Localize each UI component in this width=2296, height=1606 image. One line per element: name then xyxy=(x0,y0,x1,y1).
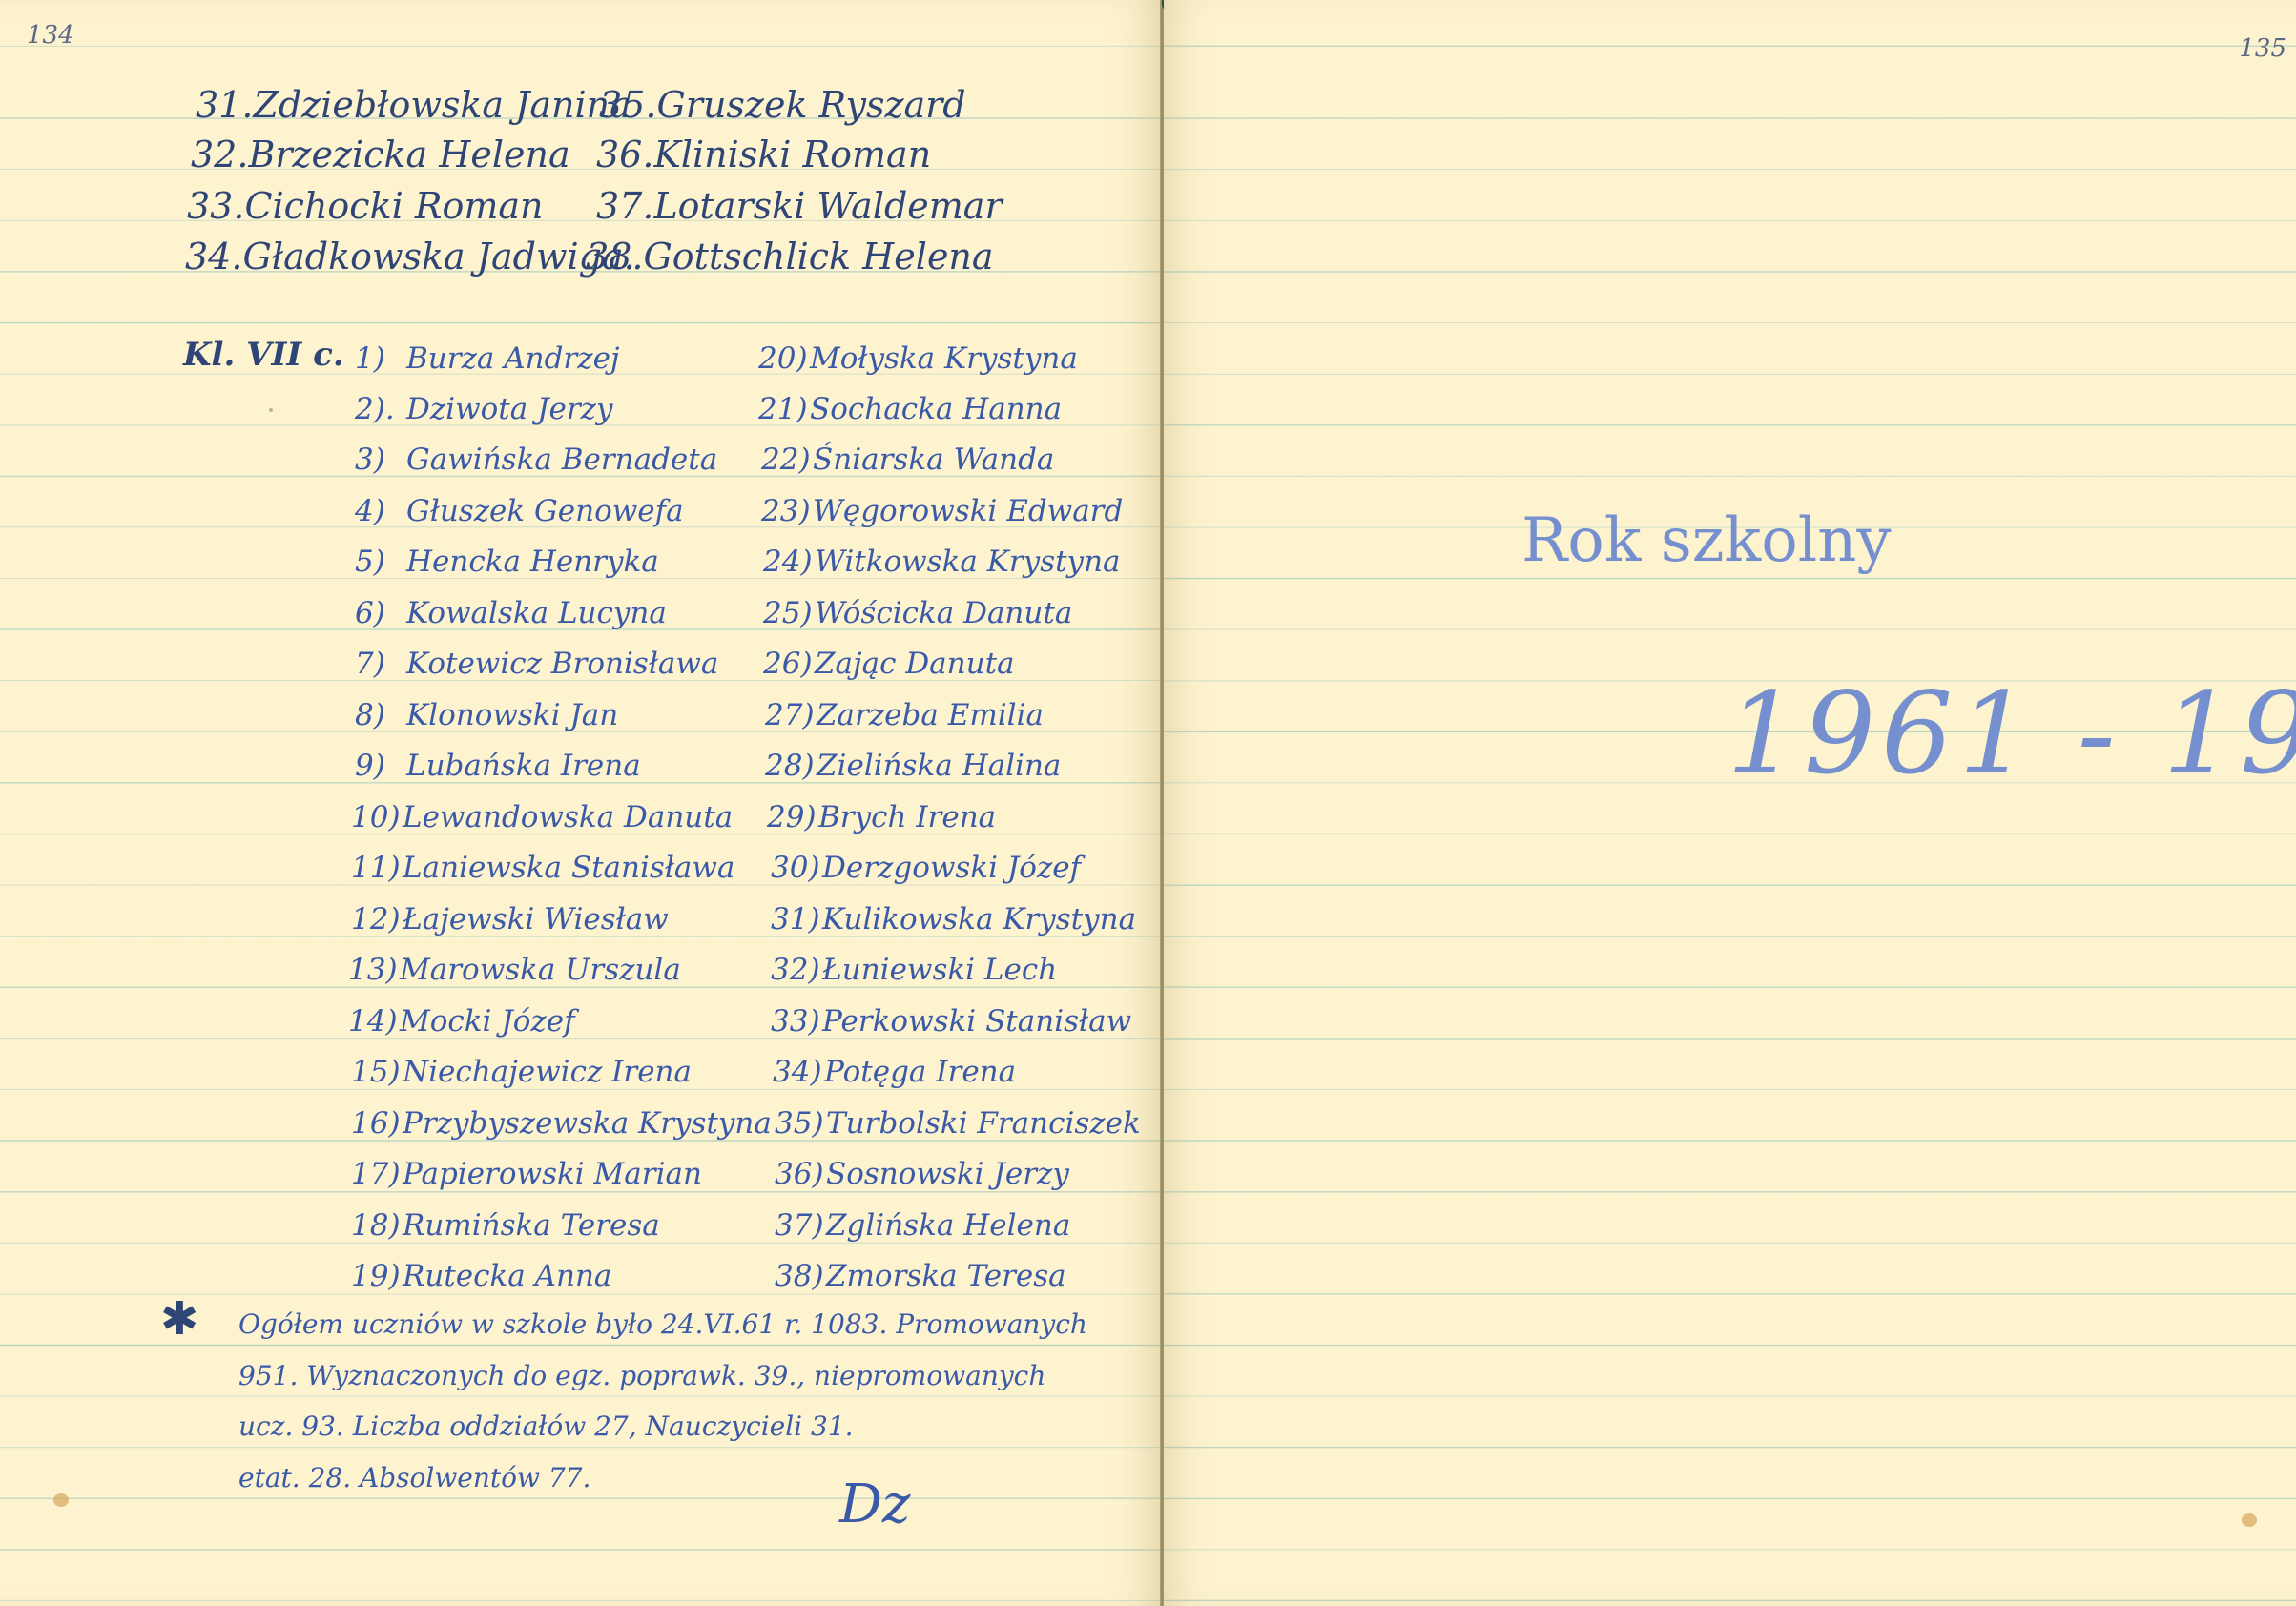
list-item: 15)Niechajewicz Irena xyxy=(351,1055,692,1089)
notebook-spread: 134 31.Zdziebłowska Janina 32.Brzezicka … xyxy=(0,0,2296,1606)
list-item: 10)Lewandowska Danuta xyxy=(351,800,733,834)
list-item: 8)Klonowski Jan xyxy=(355,698,618,732)
list-item: 18)Rumińska Teresa xyxy=(351,1208,660,1243)
list-item: 2).Dziwota Jerzy xyxy=(355,392,613,426)
school-year-heading: Rok szkolny xyxy=(1521,505,1892,576)
asterisk-icon: ✱ xyxy=(160,1292,198,1346)
list-item: 19)Rutecka Anna xyxy=(351,1259,611,1293)
list-item: 37.Lotarski Waldemar xyxy=(596,185,1003,227)
list-item: 16)Przybyszewska Krystyna xyxy=(351,1106,772,1141)
list-item: 32)Łuniewski Lech xyxy=(771,953,1057,987)
list-item: 3)Gawińska Bernadeta xyxy=(355,443,717,477)
list-item: 32.Brzezicka Helena xyxy=(191,134,570,175)
list-item: 14)Mocki Józef xyxy=(348,1004,575,1039)
list-item: 33)Perkowski Stanisław xyxy=(771,1004,1131,1039)
footnote-line: ucz. 93. Liczba oddziałów 27, Nauczyciel… xyxy=(238,1401,1164,1452)
page-number-left: 134 xyxy=(27,21,74,50)
list-item: 11)Laniewska Stanisława xyxy=(351,851,734,885)
footnote-summary: Ogółem uczniów w szkole było 24.VI.61 r.… xyxy=(238,1299,1164,1503)
list-item: 38)Zmorska Teresa xyxy=(775,1259,1066,1293)
list-item: 5)Hencka Henryka xyxy=(355,545,659,579)
footnote-line: 951. Wyznaczonych do egz. poprawk. 39., … xyxy=(238,1350,1164,1402)
list-item: 12)Łajewski Wiesław xyxy=(351,902,669,937)
page-number-right: 135 xyxy=(2239,34,2286,63)
footnote-line: etat. 28. Absolwentów 77. xyxy=(238,1452,1164,1504)
list-item: 30)Derzgowski Józef xyxy=(771,851,1081,885)
list-item: 9)Lubańska Irena xyxy=(355,749,641,783)
list-item: 26)Zając Danuta xyxy=(763,647,1015,681)
list-item: 28)Zielińska Halina xyxy=(765,749,1061,783)
list-item: 7)Kotewicz Bronisława xyxy=(355,647,718,681)
list-item: 1)Burza Andrzej xyxy=(355,341,620,376)
list-item: 34.Gładkowska Jadwiga. xyxy=(185,236,635,278)
list-item: 22)Śniarska Wanda xyxy=(761,443,1054,477)
ink-stain xyxy=(2242,1513,2257,1527)
list-item: 17)Papierowski Marian xyxy=(351,1157,702,1191)
list-item: 33.Cichocki Roman xyxy=(187,185,544,227)
list-item: 6)Kowalska Lucyna xyxy=(355,596,667,630)
signature: Dz xyxy=(839,1473,910,1535)
list-item: 37)Zglińska Helena xyxy=(775,1208,1070,1243)
school-year-range: 1961 - 1962 xyxy=(1727,668,2296,799)
list-item: 20)Mołyska Krystyna xyxy=(758,341,1078,376)
class-label: Kl. VII c. xyxy=(183,336,344,374)
ink-stain xyxy=(53,1493,69,1507)
footnote-line: Ogółem uczniów w szkole było 24.VI.61 r.… xyxy=(238,1299,1164,1350)
list-item: 34)Potęga Irena xyxy=(773,1055,1016,1089)
list-item: 31.Zdziebłowska Janina xyxy=(196,84,631,126)
list-item: 36)Sosnowski Jerzy xyxy=(775,1157,1069,1191)
list-item: 38.Gottschlick Helena xyxy=(586,236,994,278)
list-item: 25)Wóścicka Danuta xyxy=(763,596,1072,630)
list-item: 24)Witkowska Krystyna xyxy=(763,545,1121,579)
list-item: 13)Marowska Urszula xyxy=(348,953,681,987)
list-item: 35)Turbolski Franciszek xyxy=(775,1106,1141,1141)
list-item: 23)Węgorowski Edward xyxy=(761,494,1123,528)
left-page: 134 31.Zdziebłowska Janina 32.Brzezicka … xyxy=(0,0,1161,1606)
list-item: 4)Głuszek Genowefa xyxy=(355,494,684,528)
list-item: 36.Kliniski Roman xyxy=(596,134,931,175)
list-item: 35.Gruszek Ryszard xyxy=(599,84,966,126)
list-item: 29)Brych Irena xyxy=(767,800,996,834)
list-item: 31)Kulikowska Krystyna xyxy=(771,902,1136,937)
right-page: 135 Rok szkolny 1961 - 1962 xyxy=(1164,0,2296,1606)
list-item: 21)Sochacka Hanna xyxy=(758,392,1062,426)
paper-speck xyxy=(269,408,273,412)
list-item: 27)Zarzeba Emilia xyxy=(765,698,1044,732)
